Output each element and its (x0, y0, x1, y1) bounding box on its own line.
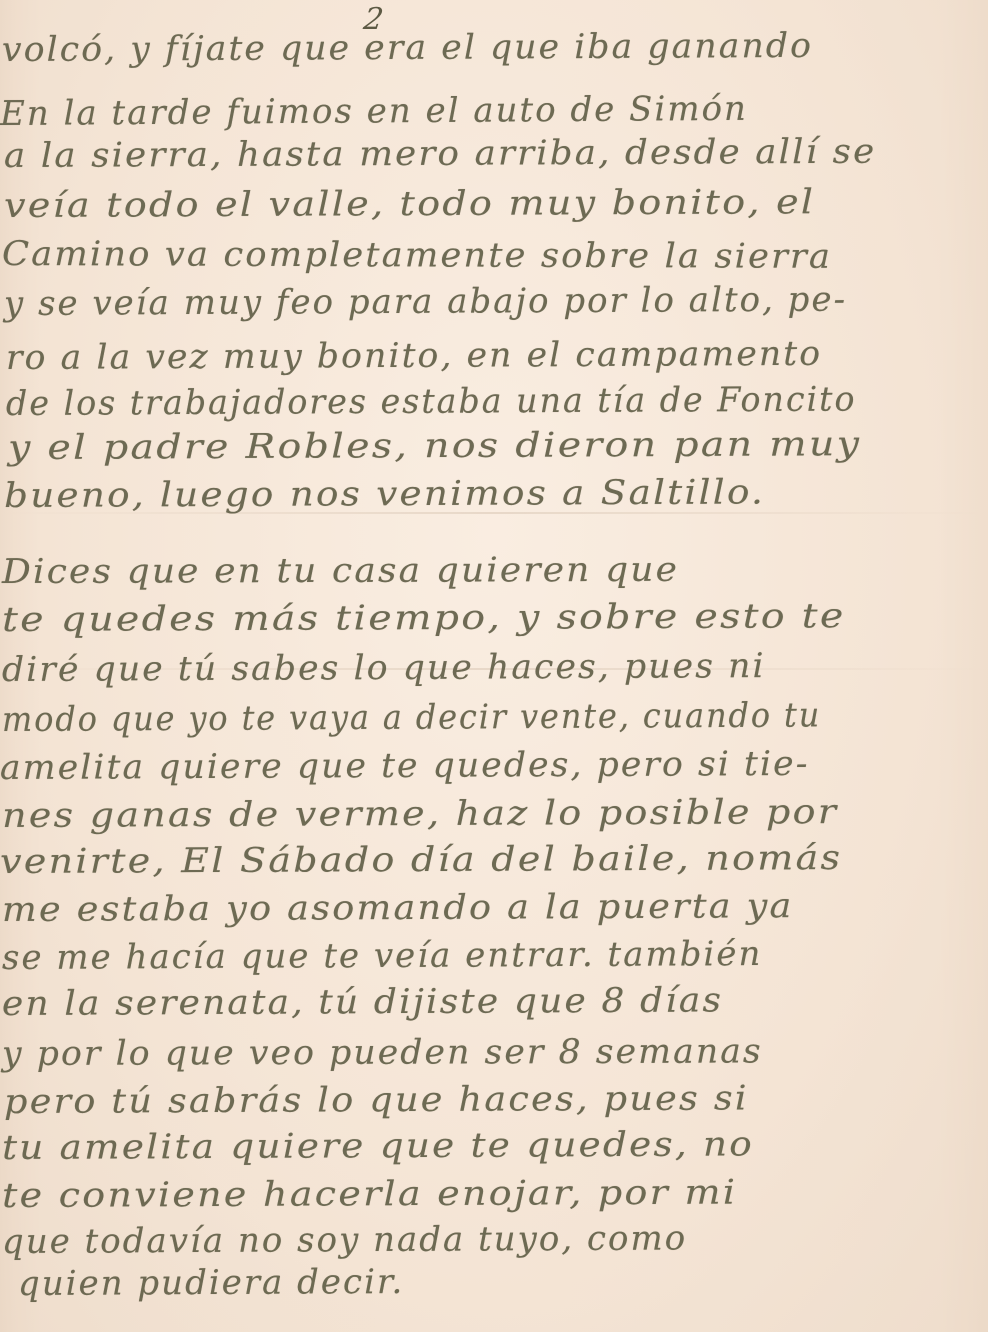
handwritten-line: diré que tú sabes lo que haces, pues ni (2, 646, 766, 690)
handwritten-line: pero tú sabrás lo que haces, pues si (4, 1078, 749, 1122)
handwritten-line: amelita quiere que te quedes, pero si ti… (0, 744, 810, 788)
handwritten-line: te conviene hacerla enojar, por mi (2, 1173, 737, 1216)
letter-page: 2 volcó, y fíjate que era el que iba gan… (0, 0, 988, 1332)
handwritten-line: modo que yo te vaya a decir vente, cuand… (2, 695, 821, 740)
handwritten-line: nes ganas de verme, haz lo posible por (2, 792, 838, 836)
handwritten-line: quien pudiera decir. (18, 1262, 404, 1304)
handwritten-line: me estaba yo asomando a la puerta ya (2, 886, 794, 930)
handwritten-line: ro a la vez muy bonito, en el campamento (6, 334, 822, 378)
handwritten-line: y se veía muy feo para abajo por lo alto… (4, 280, 847, 324)
handwritten-line: y el padre Robles, nos dieron pan muy (8, 424, 862, 468)
handwritten-line: que todavía no soy nada tuyo, como (2, 1218, 687, 1262)
handwritten-line: de los trabajadores estaba una tía de Fo… (6, 379, 857, 424)
handwritten-line: a la sierra, hasta mero arriba, desde al… (4, 132, 876, 176)
handwritten-line: En la tarde fuimos en el auto de Simón (0, 89, 748, 134)
handwritten-line: y por lo que veo pueden ser 8 semanas (2, 1031, 763, 1074)
handwritten-line: te quedes más tiempo, y sobre esto te (2, 596, 846, 640)
handwritten-line: en la serenata, tú dijiste que 8 días (2, 980, 723, 1024)
handwritten-line: Camino va completamente sobre la sierra (2, 234, 832, 277)
handwritten-line: se me hacía que te veía entrar. también (2, 934, 763, 978)
handwritten-line: bueno, luego nos venimos a Saltillo. (4, 472, 765, 516)
handwritten-line: volcó, y fíjate que era el que iba ganan… (2, 26, 813, 70)
handwritten-line: veía todo el valle, todo muy bonito, el (4, 182, 815, 226)
handwritten-line: Dices que en tu casa quieren que (2, 550, 679, 592)
handwritten-line: venirte, El Sábado día del baile, nomás (0, 838, 842, 882)
handwritten-line: tu amelita quiere que te quedes, no (2, 1124, 754, 1168)
